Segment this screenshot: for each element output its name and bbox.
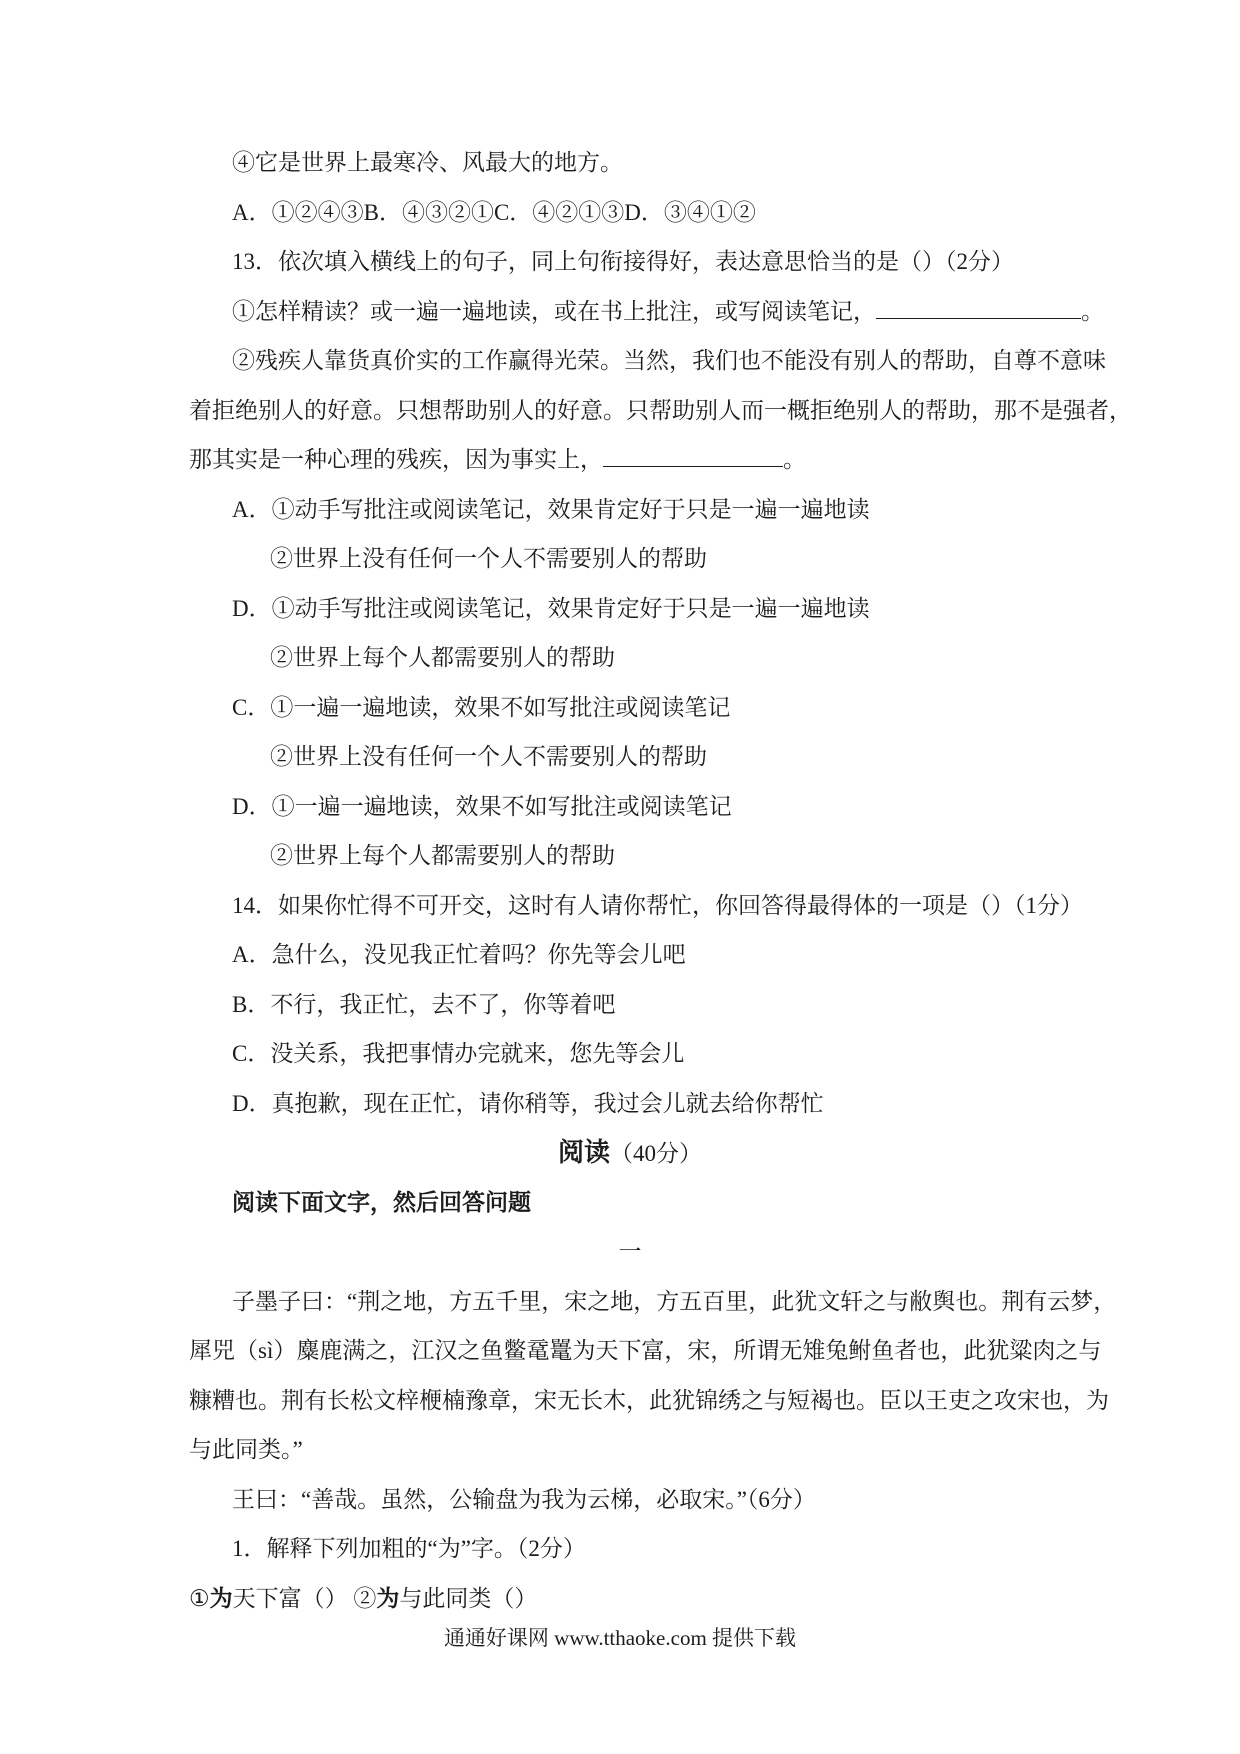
text-run: 王曰：“善哉。虽然，公输盘为我为云梯，必取宋。”（6分）: [232, 1487, 816, 1512]
text-run: 着拒绝别人的好意。只想帮助别人的好意。只帮助别人而一概拒绝别人的帮助，那不是强者…: [189, 398, 1132, 423]
text-run: 13．依次填入横线上的句子，同上句衔接得好，表达意思恰当的是（）（2分）: [232, 249, 1014, 274]
passage-line-4: 与此同类。”: [189, 1425, 1071, 1475]
text-run: ①怎样精读？或一遍一遍地读，或在书上批注，或写阅读笔记，: [232, 299, 876, 324]
question-14-stem: 14．如果你忙得不可开交，这时有人请你帮忙，你回答得最得体的一项是（）（1分）: [189, 881, 1071, 931]
q13-option-d-1: D．①一遍一遍地读，效果不如写批注或阅读笔记: [189, 782, 1071, 832]
q13-option-a-2: ②世界上没有任何一个人不需要别人的帮助: [189, 534, 1071, 584]
reading-instruction: 阅读下面文字，然后回答问题: [189, 1178, 1071, 1228]
text-run: C．①一遍一遍地读，效果不如写批注或阅读笔记: [232, 695, 730, 720]
answer-blank: [603, 443, 783, 467]
text-run: 子墨子曰：“荆之地，方五千里，宋之地，方五百里，此犹文轩之与敝舆也。荆有云梦，: [232, 1289, 1116, 1314]
text-run: D．①动手写批注或阅读笔记，效果肯定好于只是一遍一遍地读: [232, 596, 870, 621]
q13-option-d-2: ②世界上每个人都需要别人的帮助: [189, 831, 1071, 881]
sentence-4: ④它是世界上最寒冷、风最大的地方。: [189, 138, 1071, 188]
text-run: ④它是世界上最寒冷、风最大的地方。: [232, 150, 623, 175]
text-run: 与此同类（）: [399, 1586, 537, 1611]
q13-option-a-1: A．①动手写批注或阅读笔记，效果肯定好于只是一遍一遍地读: [189, 485, 1071, 535]
text-run: A．①②④③B．④③②①C．④②①③D．③④①②: [232, 200, 756, 225]
text-run: 与此同类。”: [189, 1437, 303, 1462]
text-run: 一: [619, 1239, 642, 1264]
q13-context-1: ①怎样精读？或一遍一遍地读，或在书上批注，或写阅读笔记，。: [189, 287, 1071, 337]
text-run: ②世界上没有任何一个人不需要别人的帮助: [270, 744, 707, 769]
site-credit: 通通好课网 www.tthaoke.com 提供下载: [0, 1618, 1240, 1658]
section-heading-reading: 阅读（40分）: [189, 1128, 1071, 1178]
text-run: D．真抱歉，现在正忙，请你稍等，我过会儿就去给你帮忙: [232, 1091, 824, 1116]
q14-option-a: A．急什么，没见我正忙着吗？你先等会儿吧: [189, 930, 1071, 980]
text-run: 糠糟也。荆有长松文梓楩楠豫章，宋无长木，此犹锦绣之与短褐也。臣以王吏之攻宋也，为: [189, 1388, 1109, 1413]
question-12-options: A．①②④③B．④③②①C．④②①③D．③④①②: [189, 188, 1071, 238]
bold-text-run: 为: [376, 1586, 399, 1611]
text-run: A．①动手写批注或阅读笔记，效果肯定好于只是一遍一遍地读: [232, 497, 870, 522]
bold-text-run: 阅读: [558, 1138, 610, 1167]
text-run: ②世界上每个人都需要别人的帮助: [270, 645, 615, 670]
text-run: 1．解释下列加粗的“为”字。（2分）: [232, 1536, 586, 1561]
text-run: C．没关系，我把事情办完就来，您先等会儿: [232, 1041, 684, 1066]
question-1-items: ①为天下富（） ②为与此同类（）: [189, 1574, 1071, 1624]
answer-blank: [876, 295, 1081, 319]
text-run: 那其实是一种心理的残疾，因为事实上，: [189, 447, 603, 472]
q13-option-c-2: ②世界上没有任何一个人不需要别人的帮助: [189, 732, 1071, 782]
q14-option-c: C．没关系，我把事情办完就来，您先等会儿: [189, 1029, 1071, 1079]
q13-context-2c: 那其实是一种心理的残疾，因为事实上，。: [189, 435, 1071, 485]
q13-context-2a: ②残疾人靠货真价实的工作赢得光荣。当然，我们也不能没有别人的帮助，自尊不意味: [189, 336, 1071, 386]
text-run: D．①一遍一遍地读，效果不如写批注或阅读笔记: [232, 794, 732, 819]
q13-option-b-2: ②世界上每个人都需要别人的帮助: [189, 633, 1071, 683]
question-13-stem: 13．依次填入横线上的句子，同上句衔接得好，表达意思恰当的是（）（2分）: [189, 237, 1071, 287]
q13-context-2b: 着拒绝别人的好意。只想帮助别人的好意。只帮助别人而一概拒绝别人的帮助，那不是强者…: [189, 386, 1071, 436]
passage-line-3: 糠糟也。荆有长松文梓楩楠豫章，宋无长木，此犹锦绣之与短褐也。臣以王吏之攻宋也，为: [189, 1376, 1071, 1426]
bold-text-run: 阅读下面文字，然后回答问题: [232, 1190, 531, 1215]
q13-option-c-1: C．①一遍一遍地读，效果不如写批注或阅读笔记: [189, 683, 1071, 733]
q14-option-d: D．真抱歉，现在正忙，请你稍等，我过会儿就去给你帮忙: [189, 1079, 1071, 1129]
text-run: （40分）: [610, 1141, 702, 1166]
q14-option-b: B．不行，我正忙，去不了，你等着吧: [189, 980, 1071, 1030]
passage-line-2: 犀兕（sì）麋鹿满之，江汉之鱼鳖鼋鼍为天下富，宋，所谓无雉兔鲋鱼者也，此犹粱肉之…: [189, 1326, 1071, 1376]
passage-line-5: 王曰：“善哉。虽然，公输盘为我为云梯，必取宋。”（6分）: [189, 1475, 1071, 1525]
bold-text-run: 为: [210, 1586, 233, 1611]
question-1-stem: 1．解释下列加粗的“为”字。（2分）: [189, 1524, 1071, 1574]
passage-number: 一: [189, 1227, 1071, 1277]
passage-line-1: 子墨子曰：“荆之地，方五千里，宋之地，方五百里，此犹文轩之与敝舆也。荆有云梦，: [189, 1277, 1071, 1327]
text-run: 犀兕（sì）麋鹿满之，江汉之鱼鳖鼋鼍为天下富，宋，所谓无雉兔鲋鱼者也，此犹粱肉之…: [189, 1338, 1101, 1363]
text-run: ①: [189, 1586, 210, 1611]
q13-option-b-1: D．①动手写批注或阅读笔记，效果肯定好于只是一遍一遍地读: [189, 584, 1071, 634]
text-run: ②残疾人靠货真价实的工作赢得光荣。当然，我们也不能没有别人的帮助，自尊不意味: [232, 348, 1106, 373]
text-run: 。: [783, 447, 806, 472]
text-run: A．急什么，没见我正忙着吗？你先等会儿吧: [232, 942, 686, 967]
text-run: 天下富（） ②: [233, 1586, 377, 1611]
text-run: ②世界上没有任何一个人不需要别人的帮助: [270, 546, 707, 571]
text-run: 。: [1081, 299, 1104, 324]
text-run: B．不行，我正忙，去不了，你等着吧: [232, 992, 615, 1017]
document-body: ④它是世界上最寒冷、风最大的地方。A．①②④③B．④③②①C．④②①③D．③④①…: [189, 138, 1071, 1623]
text-run: ②世界上每个人都需要别人的帮助: [270, 843, 615, 868]
exam-page: ④它是世界上最寒冷、风最大的地方。A．①②④③B．④③②①C．④②①③D．③④①…: [0, 0, 1240, 1754]
text-run: 14．如果你忙得不可开交，这时有人请你帮忙，你回答得最得体的一项是（）（1分）: [232, 893, 1083, 918]
